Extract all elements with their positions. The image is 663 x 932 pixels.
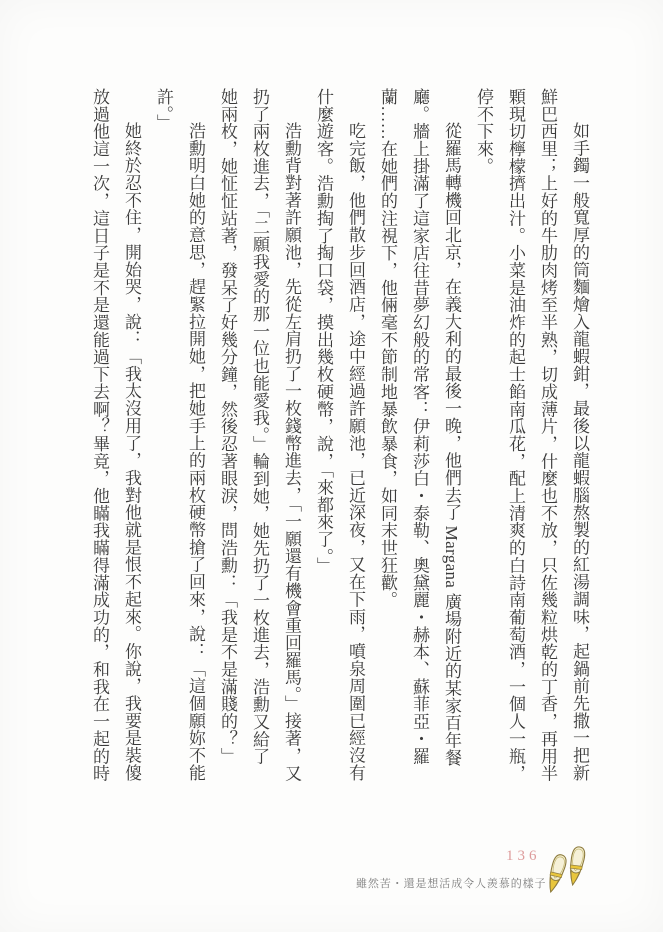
paragraph: 浩勳背對著許願池，先從左肩扔了一枚錢幣進去，「一願還有機會重回羅馬。」接著，又扔… [211,88,307,782]
book-title-caption: 雖然苦・還是想活成令人羨慕的樣子 [356,875,546,891]
book-page: 如手鐲一般寬厚的筒麵燴入龍蝦鉗，最後以龍蝦腦熬製的紅湯調味，起鍋前先撒一把新鮮巴… [0,0,663,932]
paragraph: 如手鐲一般寬厚的筒麵燴入龍蝦鉗，最後以龍蝦腦熬製的紅湯調味，起鍋前先撒一把新鮮巴… [467,88,595,782]
paragraph: 她終於忍不住，開始哭，說：「我太沒用了，我對他就是恨不起來。你說，我要是裝傻放過… [83,88,147,782]
ballet-flats-icon [547,842,597,902]
page-text: 如手鐲一般寬厚的筒麵燴入龍蝦鉗，最後以龍蝦腦熬製的紅湯調味，起鍋前先撒一把新鮮巴… [83,88,595,782]
paragraph: 從羅馬轉機回北京，在義大利的最後一晚，他們去了 Margana 廣場附近的某家百… [371,88,467,782]
paragraph: 吃完飯，他們散步回酒店，途中經過許願池，已近深夜，又在下雨，噴泉周圍已經沒有什麼… [307,88,371,782]
paragraph: 浩勳明白她的意思，趕緊拉開她，把她手上的兩枚硬幣搶了回來，說：「這個願妳不能許。… [147,88,211,782]
page-number: 136 [506,848,541,865]
